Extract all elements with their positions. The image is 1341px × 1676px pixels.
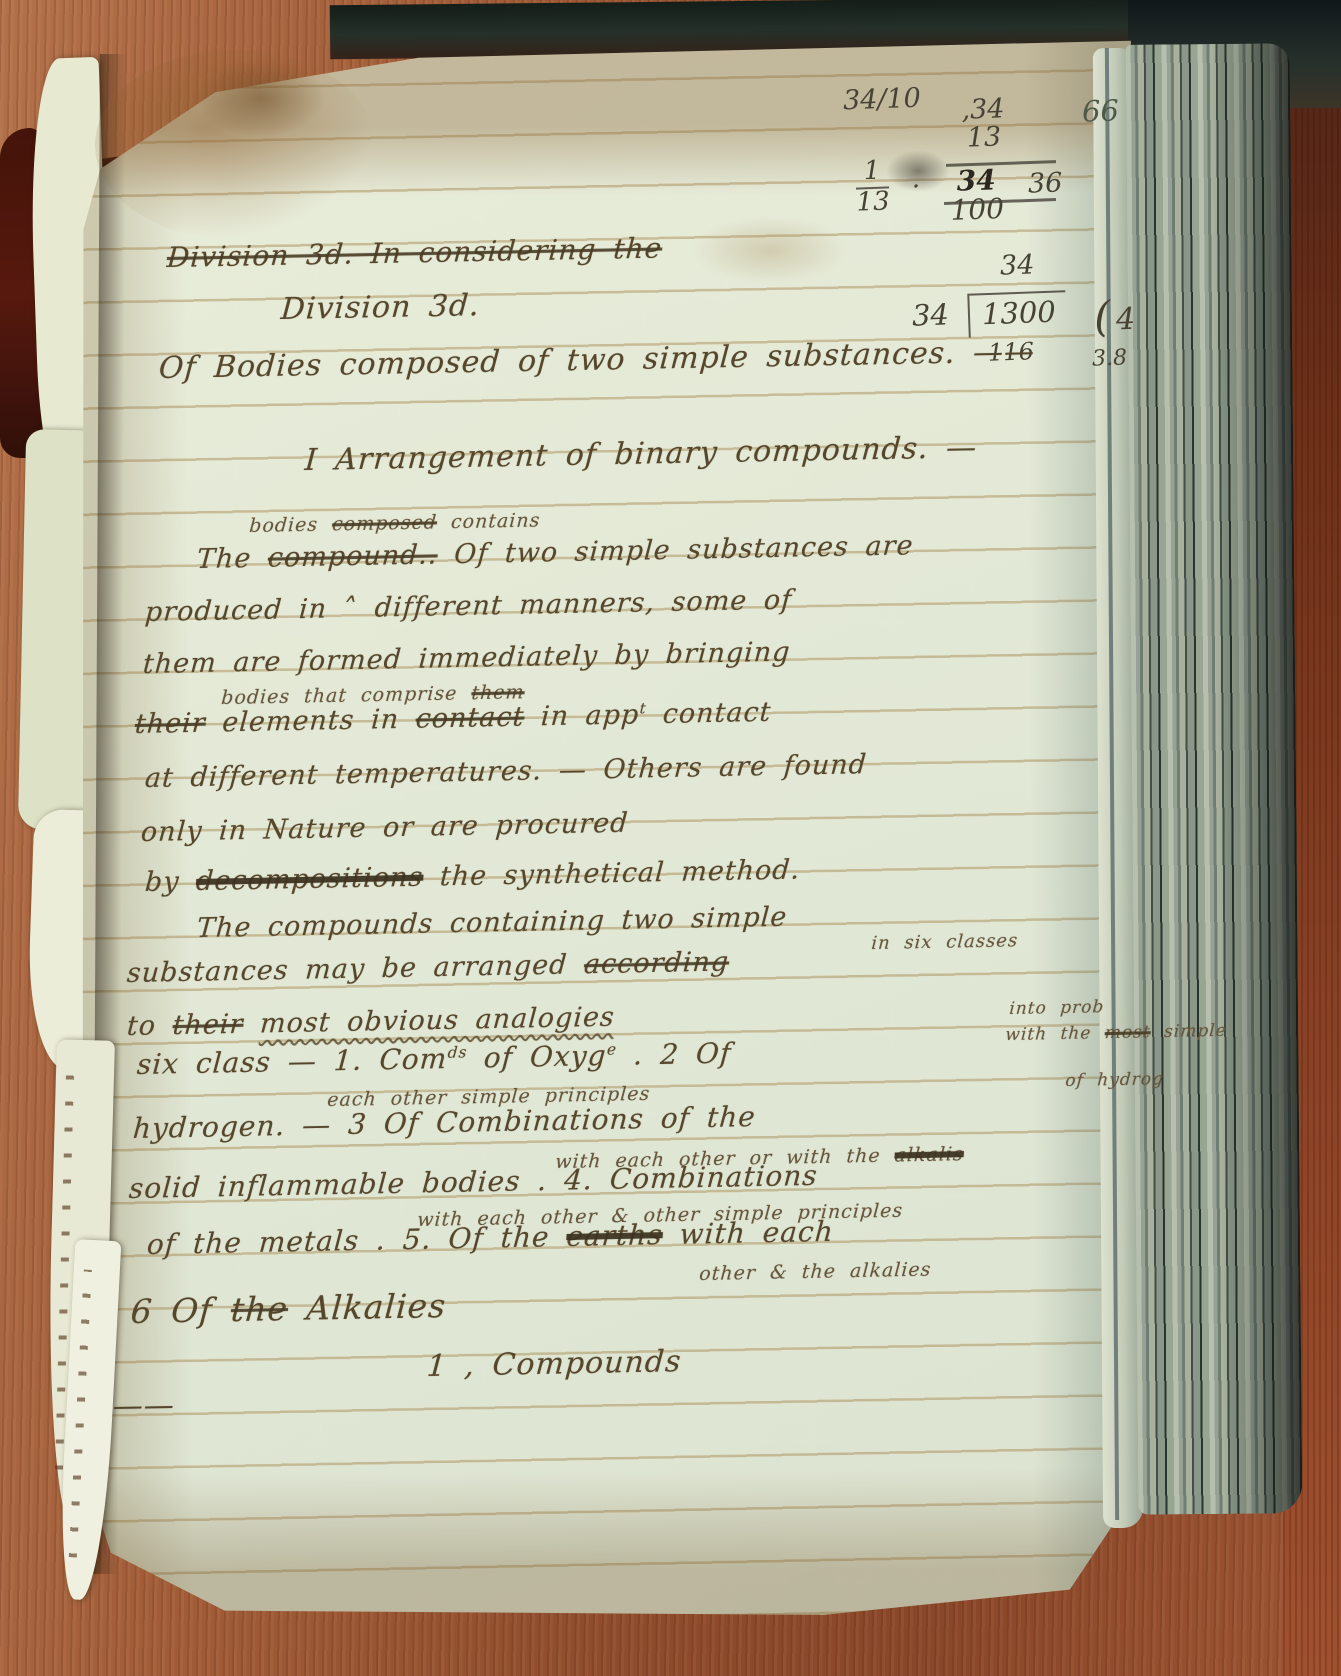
handwriting-segment: other & the alkalies <box>699 1259 933 1285</box>
handwriting-segment: in six classes <box>871 930 1019 954</box>
handwriting-segment: elements in <box>205 704 417 739</box>
handwriting-layer: Division 3d. In considering theDivision … <box>0 0 1341 1676</box>
interline-edit: bodies composed contains <box>249 510 541 537</box>
handwriting-segment: six class — 1. Com <box>136 1042 449 1081</box>
body-line: hydrogen. — 3 Of Combinations of the <box>132 1102 757 1145</box>
margin-note: of hydrog <box>1065 1070 1165 1091</box>
margin-note: with the most simple <box>1005 1022 1228 1045</box>
handwriting-segment: the synthetical method. <box>422 854 801 892</box>
handwriting-segment: most obvious analogies <box>259 1002 616 1040</box>
body-line: substances may be arranged according <box>126 947 730 988</box>
handwriting-segment: alkalis <box>894 1143 965 1166</box>
handwriting-segment: of hydrog <box>1065 1069 1165 1091</box>
handwriting-segment: Division 3d. <box>280 288 481 327</box>
handwriting-segment: composed <box>331 511 437 535</box>
handwriting-segment: . 2 Of <box>616 1037 733 1072</box>
handwriting-segment: —— <box>112 1388 176 1424</box>
handwriting-segment: them are formed immediately by bringing <box>142 637 792 680</box>
body-line: six class — 1. Comds of Oxyge . 2 Of <box>136 1039 732 1081</box>
handwriting-segment: Of Bodies composed of two simple substan… <box>158 334 1037 386</box>
notebook-photo: { "page": { "number": "66", "calculation… <box>0 0 1341 1676</box>
body-line: only in Nature or are procured <box>140 809 630 848</box>
heading-struck: Division 3d. In considering the <box>166 233 663 273</box>
handwriting-segment: bodies <box>249 513 333 537</box>
handwriting-segment: their <box>172 1009 245 1041</box>
handwriting-segment: with each <box>662 1215 835 1251</box>
body-line: by decompositions the synthetical method… <box>144 855 801 897</box>
handwriting-segment: into prob <box>1009 997 1105 1019</box>
handwriting-segment: compound.. <box>267 539 439 573</box>
handwriting-segment: 6 Of <box>129 1290 232 1331</box>
handwriting-segment: the <box>230 1289 290 1329</box>
margin-dash: —— <box>112 1389 176 1423</box>
body-line: of the metals . 5. Of the earths with ea… <box>146 1217 835 1261</box>
handwriting-segment: produced in ˄ different manners, some of <box>144 585 793 628</box>
body-line: 1 , Compounds <box>426 1345 683 1383</box>
handwriting-segment: Of two simple substances are <box>437 530 915 570</box>
body-line: The compounds containing two simple <box>196 903 788 944</box>
handwriting-segment: of Oxyg <box>466 1039 608 1075</box>
body-line: The compound.. Of two simple substances … <box>196 531 915 574</box>
handwriting-segment: substances may be arranged <box>126 949 585 989</box>
handwriting-segment: solid inflammable bodies . 4. Combinatio… <box>128 1159 819 1205</box>
handwriting-segment: their <box>134 708 207 740</box>
handwriting-segment: at different temperatures. — Others are … <box>144 749 868 794</box>
heading-of-bodies: Of Bodies composed of two simple substan… <box>158 335 1037 385</box>
handwriting-segment: only in Nature or are procured <box>140 808 630 848</box>
margin-note: into prob <box>1009 998 1105 1019</box>
handwriting-segment: contact <box>645 697 772 730</box>
heading-division: Division 3d. <box>280 289 481 326</box>
handwriting-segment: by <box>144 866 197 898</box>
handwriting-segment: I Arrangement of binary compounds. — <box>304 430 979 478</box>
heading-arrangement: I Arrangement of binary compounds. — <box>304 431 979 477</box>
handwriting-segment: of the metals . 5. Of the <box>146 1220 568 1261</box>
handwriting-segment: with the <box>1005 1023 1106 1045</box>
handwriting-segment: contains <box>436 509 541 533</box>
handwriting-segment: Division 3d. In considering the <box>166 231 663 274</box>
handwriting-segment: decompositions <box>195 862 424 897</box>
handwriting-segment: contact <box>415 702 526 735</box>
body-line: produced in ˄ different manners, some of <box>144 586 793 628</box>
handwriting-segment: according <box>583 946 730 980</box>
handwriting-segment: in app <box>523 699 640 732</box>
body-line: solid inflammable bodies . 4. Combinatio… <box>128 1161 819 1205</box>
body-line: 6 Of the Alkalies <box>130 1288 448 1330</box>
interline-edit: in six classes <box>871 931 1019 954</box>
handwriting-segment: Alkalies <box>287 1286 448 1328</box>
handwriting-segment: hydrogen. — 3 Of Combinations of the <box>132 1100 757 1145</box>
handwriting-segment: 1 , Compounds <box>426 1344 683 1384</box>
handwriting-segment: The compounds containing two simple <box>196 902 788 944</box>
handwriting-segment: ds <box>447 1043 468 1061</box>
handwriting-segment: simple <box>1150 1021 1227 1042</box>
handwriting-segment: to <box>126 1010 174 1042</box>
body-line: them are formed immediately by bringing <box>142 638 792 680</box>
handwriting-segment: The <box>196 543 269 575</box>
interline-edit: other & the alkalies <box>699 1260 933 1285</box>
handwriting-segment: most <box>1104 1022 1151 1043</box>
body-line: at different temperatures. — Others are … <box>144 750 868 794</box>
body-line: to their most obvious analogies <box>126 1003 616 1042</box>
handwriting-segment: earths <box>565 1218 664 1253</box>
